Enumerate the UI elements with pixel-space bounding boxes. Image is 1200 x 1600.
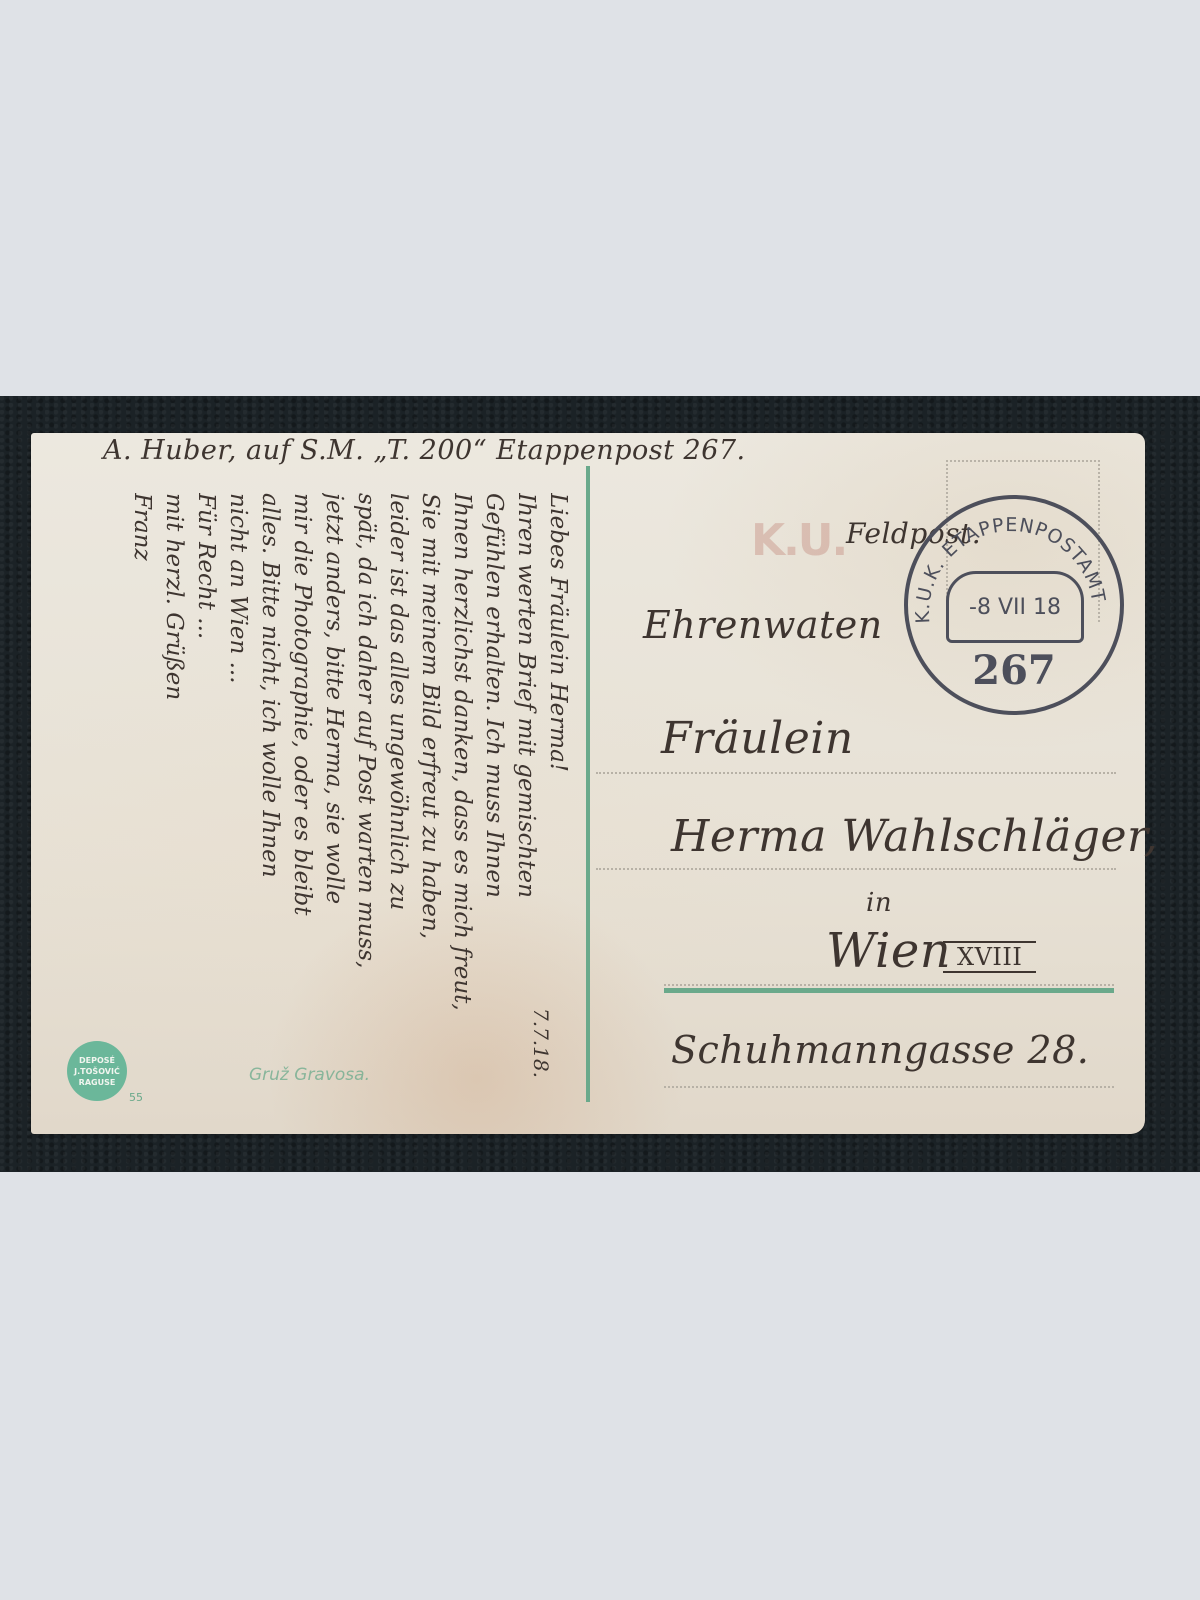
address-dotted-line [664, 1086, 1114, 1088]
address-salutation: Fräulein [661, 713, 854, 764]
message-line: leider ist das alles ungewöhnlich zu [379, 493, 411, 1113]
message-line: jetzt anders, bitte Herma, sie wolle [315, 493, 347, 1113]
address-name: Herma Wahlschläger, [671, 811, 1158, 862]
message-line: Gefühlen erhalten. Ich muss Ihnen [475, 493, 507, 1113]
city-green-rule [664, 988, 1114, 993]
address-dotted-line [596, 772, 1116, 774]
message-line: mir die Photographie, oder es bleibt [283, 493, 315, 1113]
postmark-office-number: 267 [908, 647, 1120, 694]
faded-red-stamp: K.U. [751, 515, 851, 573]
center-divider [586, 466, 590, 1102]
seal-line: DEPOSÉ [67, 1055, 127, 1066]
message-line: Für Recht ... [187, 493, 219, 1113]
address-district: XVIII [943, 941, 1036, 973]
handwritten-message: Liebes Fräulein Herma!Ihren werten Brief… [51, 493, 571, 1093]
seal-line: J.TOŠOVIĆ [67, 1066, 127, 1077]
postmark-date: -8 VII 18 [946, 571, 1084, 643]
address-dotted-line [664, 984, 1114, 986]
address-dotted-line [596, 868, 1116, 870]
publisher-seal: DEPOSÉ J.TOŠOVIĆ RAGUSE [67, 1041, 127, 1101]
sender-line: A. Huber, auf S.M. „T. 200“ Etappenpost … [103, 435, 746, 466]
address-preposition: in [866, 888, 892, 918]
address-city: Wien [826, 923, 951, 979]
plate-number: 55 [129, 1091, 143, 1104]
message-lines: Liebes Fräulein Herma!Ihren werten Brief… [123, 493, 571, 1113]
address-street: Schuhmanngasse 28. [671, 1028, 1089, 1072]
address-honorific: Ehrenwaten [643, 603, 883, 647]
message-line: Sie mit meinem Bild erfreut zu haben, [411, 493, 443, 1113]
printed-caption: Gruž Gravosa. [249, 1065, 370, 1085]
message-line: mit herzl. Grüßen [155, 493, 187, 1113]
message-line: spät, da ich daher auf Post warten muss, [347, 493, 379, 1113]
postcard: A. Huber, auf S.M. „T. 200“ Etappenpost … [31, 433, 1145, 1134]
postmark: K.U.K. ETAPPENPOSTAMT -8 VII 18 267 [904, 495, 1124, 715]
message-line: alles. Bitte nicht, ich wolle Ihnen [251, 493, 283, 1113]
message-date: 7.7.18. [529, 1008, 553, 1078]
message-line: nicht an Wien ... [219, 493, 251, 1113]
message-line: Ihnen herzlichst danken, dass es mich fr… [443, 493, 475, 1113]
message-line: Franz [123, 493, 155, 1113]
seal-line: RAGUSE [67, 1077, 127, 1088]
